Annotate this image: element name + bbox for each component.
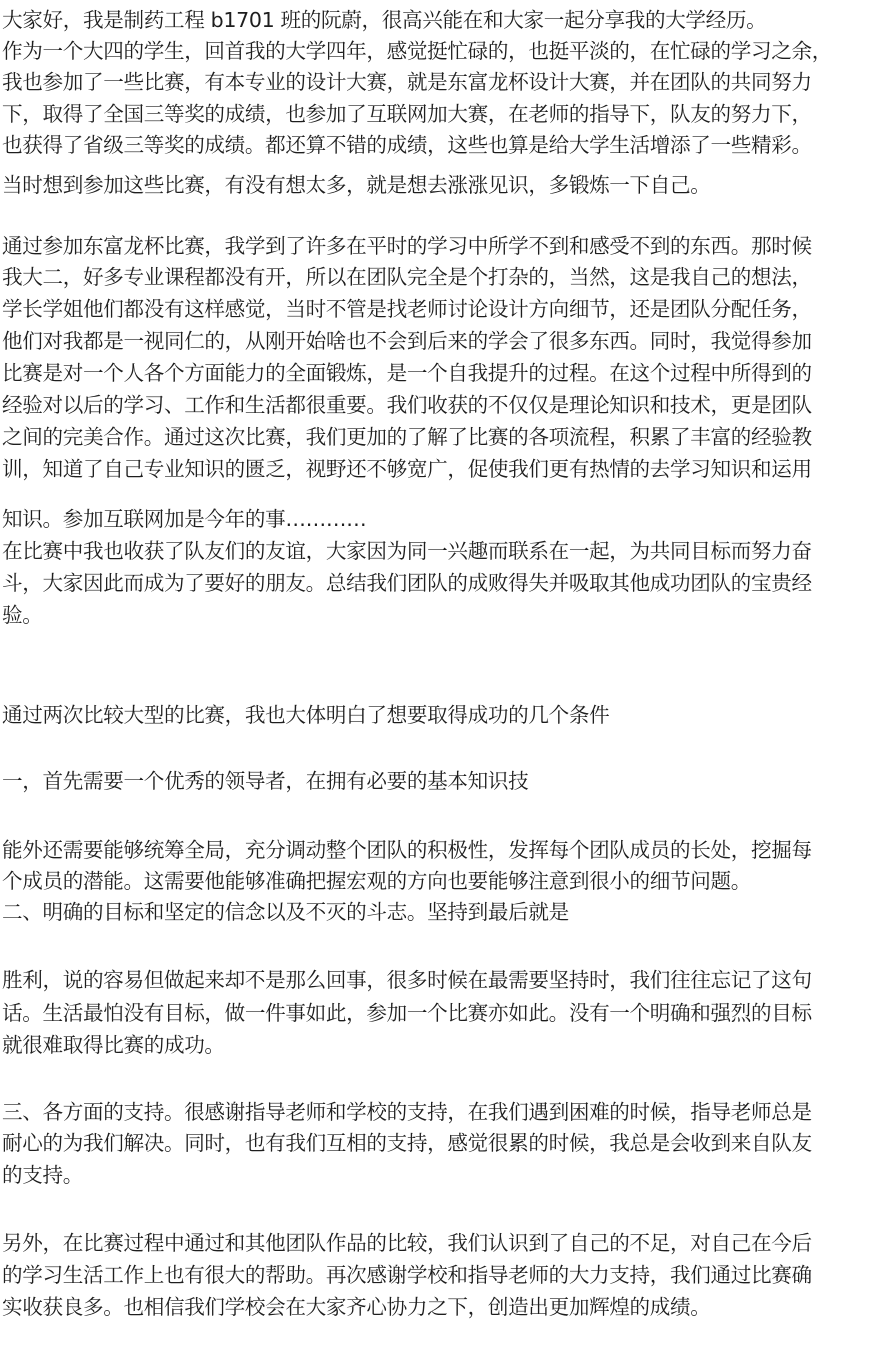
text-line: 在比赛中我也收获了队友们的友谊，大家因为同一兴趣而联系在一起，为共同目标而努力奋 (2, 536, 882, 566)
text-line: 训，知道了自己专业知识的匮乏，视野还不够宽广，促使我们更有热情的去学习知识和运用 (2, 454, 882, 484)
text-line: 的学习生活工作上也有很大的帮助。再次感谢学校和指导老师的大力支持，我们通过比赛确 (2, 1260, 882, 1290)
text-line: 下，取得了全国三等奖的成绩，也参加了互联网加大赛，在老师的指导下，队友的努力下， (2, 99, 882, 129)
text-line: 通过两次比较大型的比赛，我也大体明白了想要取得成功的几个条件 (2, 700, 882, 730)
text-line: 三、各方面的支持。很感谢指导老师和学校的支持，在我们遇到困难的时候，指导老师总是 (2, 1097, 882, 1127)
text-line: 耐心的为我们解决。同时，也有我们互相的支持，感觉很累的时候，我总是会收到来自队友 (2, 1128, 882, 1158)
text-line: 知识。参加互联网加是今年的事………… (2, 504, 882, 534)
text-line: 一，首先需要一个优秀的领导者，在拥有必要的基本知识技 (2, 766, 882, 796)
text-line: 大家好，我是制药工程 b1701 班的阮蔚，很高兴能在和大家一起分享我的大学经历… (2, 5, 882, 35)
text-line: 经验对以后的学习、工作和生活都很重要。我们收获的不仅仅是理论知识和技术，更是团队 (2, 390, 882, 420)
document-page: 大家好，我是制药工程 b1701 班的阮蔚，很高兴能在和大家一起分享我的大学经历… (0, 0, 884, 1346)
text-line: 斗，大家因此而成为了要好的朋友。总结我们团队的成败得失并吸取其他成功团队的宝贵经 (2, 568, 882, 598)
text-line: 另外，在比赛过程中通过和其他团队作品的比较，我们认识到了自己的不足，对自己在今后 (2, 1228, 882, 1258)
text-line: 也获得了省级三等奖的成绩。都还算不错的成绩，这些也算是给大学生活增添了一些精彩。 (2, 130, 882, 160)
text-line: 学长学姐他们都没有这样感觉，当时不管是找老师讨论设计方向细节，还是团队分配任务， (2, 294, 882, 324)
text-line: 当时想到参加这些比赛，有没有想太多，就是想去涨涨见识，多锻炼一下自己。 (2, 170, 882, 200)
text-line: 我也参加了一些比赛，有本专业的设计大赛，就是东富龙杯设计大赛，并在团队的共同努力 (2, 67, 882, 97)
text-line: 话。生活最怕没有目标，做一件事如此，参加一个比赛亦如此。没有一个明确和强烈的目标 (2, 998, 882, 1028)
text-line: 实收获良多。也相信我们学校会在大家齐心协力之下，创造出更加辉煌的成绩。 (2, 1292, 882, 1322)
text-line: 个成员的潜能。这需要他能够准确把握宏观的方向也要能够注意到很小的细节问题。 (2, 866, 882, 896)
text-line: 他们对我都是一视同仁的，从刚开始啥也不会到后来的学会了很多东西。同时，我觉得参加 (2, 326, 882, 356)
text-line: 比赛是对一个人各个方面能力的全面锻炼，是一个自我提升的过程。在这个过程中所得到的 (2, 358, 882, 388)
text-line: 我大二，好多专业课程都没有开，所以在团队完全是个打杂的，当然，这是我自己的想法， (2, 262, 882, 292)
text-line: 作为一个大四的学生，回首我的大学四年，感觉挺忙碌的，也挺平淡的，在忙碌的学习之余… (2, 36, 882, 66)
text-line: 之间的完美合作。通过这次比赛，我们更加的了解了比赛的各项流程，积累了丰富的经验教 (2, 422, 882, 452)
text-line: 就很难取得比赛的成功。 (2, 1030, 882, 1060)
text-line: 胜利，说的容易但做起来却不是那么回事，很多时候在最需要坚持时，我们往往忘记了这句 (2, 965, 882, 995)
text-line: 能外还需要能够统筹全局，充分调动整个团队的积极性，发挥每个团队成员的长处，挖掘每 (2, 835, 882, 865)
text-line: 二、明确的目标和坚定的信念以及不灭的斗志。坚持到最后就是 (2, 897, 882, 927)
text-line: 的支持。 (2, 1160, 882, 1190)
text-line: 验。 (2, 600, 882, 630)
text-line: 通过参加东富龙杯比赛，我学到了许多在平时的学习中所学不到和感受不到的东西。那时候 (2, 231, 882, 261)
